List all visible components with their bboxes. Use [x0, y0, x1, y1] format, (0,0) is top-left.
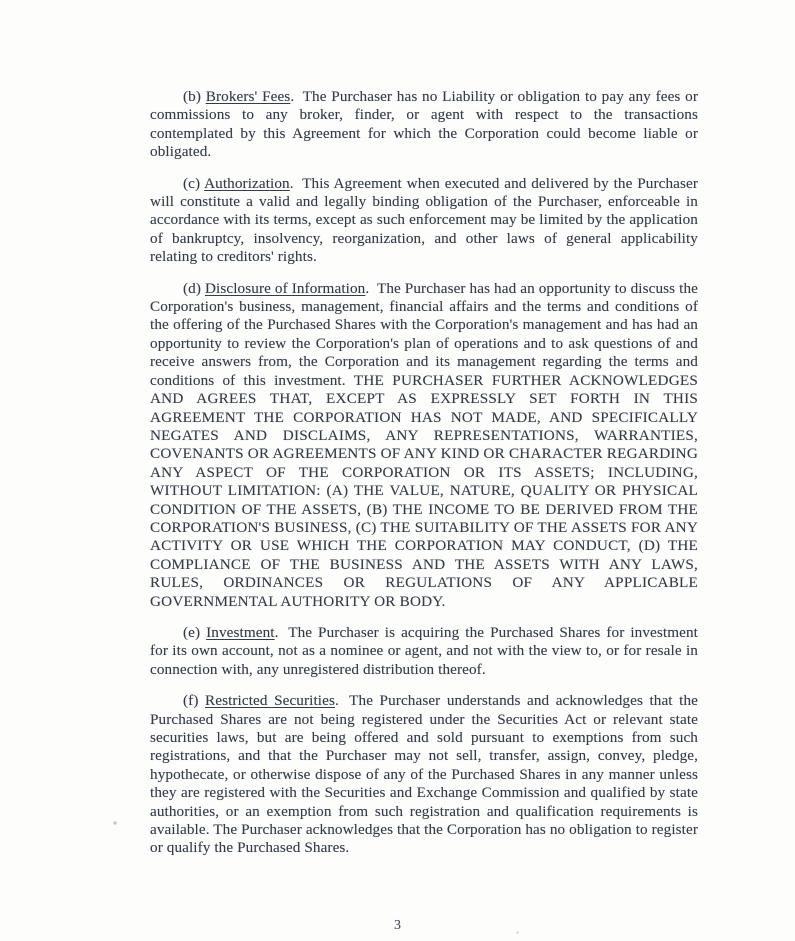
- paragraph-body-uppercase-disclaimer: THE PURCHASER FURTHER ACKNOWLEDGES AND A…: [150, 372, 698, 610]
- paragraph-label: (d): [183, 280, 201, 297]
- paragraph-brokers-fees: (b) Brokers' Fees. The Purchaser has no …: [150, 88, 698, 162]
- paragraph-investment: (e) Investment. The Purchaser is acquiri…: [150, 624, 698, 679]
- page-body: (b) Brokers' Fees. The Purchaser has no …: [150, 88, 698, 858]
- scanned-document-page: (b) Brokers' Fees. The Purchaser has no …: [0, 0, 795, 941]
- paragraph-heading: Disclosure of Information: [205, 280, 365, 297]
- paragraph-authorization: (c) Authorization. This Agreement when e…: [150, 175, 698, 267]
- heading-period: .: [290, 88, 294, 105]
- heading-period: .: [290, 175, 294, 192]
- scan-artifact-dot: [113, 821, 117, 825]
- paragraph-label: (c): [183, 175, 200, 192]
- paragraph-heading: Restricted Securities: [205, 692, 335, 709]
- page-number: 3: [0, 918, 795, 934]
- heading-period: .: [335, 692, 339, 709]
- paragraph-label: (b): [183, 88, 201, 105]
- paragraph-heading: Investment: [206, 624, 274, 641]
- heading-period: .: [365, 280, 369, 297]
- heading-period: .: [275, 624, 279, 641]
- paragraph-heading: Authorization: [204, 175, 290, 192]
- paragraph-restricted-securities: (f) Restricted Securities. The Purchaser…: [150, 692, 698, 858]
- paragraph-heading: Brokers' Fees: [206, 88, 291, 105]
- paragraph-body: The Purchaser understands and acknowledg…: [150, 692, 698, 856]
- paragraph-disclosure-of-information: (d) Disclosure of Information. The Purch…: [150, 280, 698, 611]
- paragraph-label: (f): [183, 692, 198, 709]
- paragraph-label: (e): [183, 624, 200, 641]
